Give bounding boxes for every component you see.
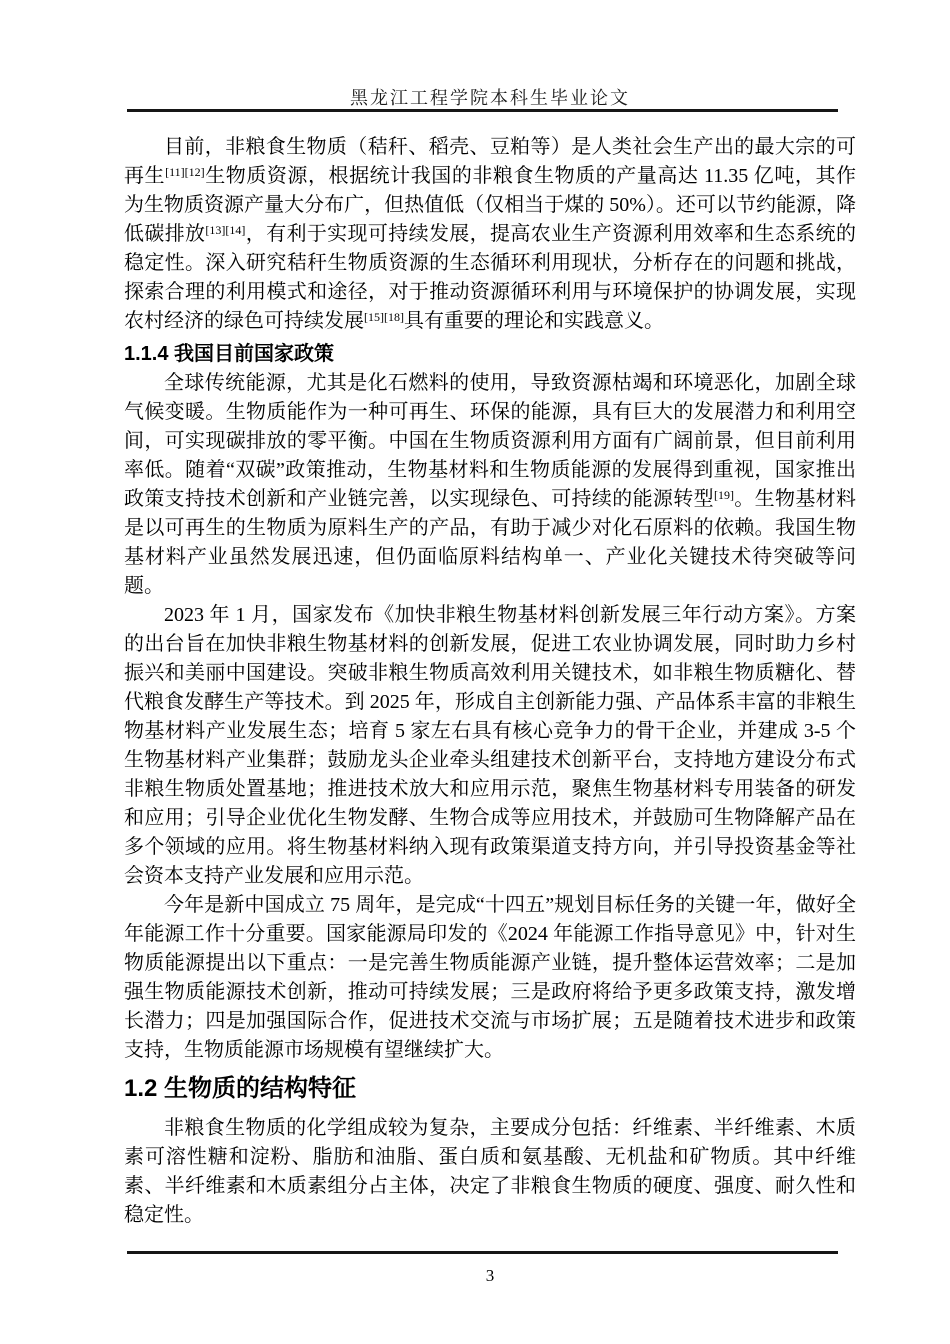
paragraph-2024-energy-guidance: 今年是新中国成立 75 周年，是完成“十四五”规划目标任务的关键一年，做好全年能…: [124, 891, 856, 1065]
header-title: 黑龙江工程学院本科生毕业论文: [124, 84, 856, 110]
heading-1-1-4-national-policy: 1.1.4 我国目前国家政策: [124, 340, 856, 369]
text-run: 今年是新中国成立 75 周年，是完成“十四五”规划目标任务的关键一年，做好全年能…: [124, 894, 856, 1061]
text-run: 具有重要的理论和实践意义。: [404, 310, 664, 332]
document-body: 目前，非粮食生物质（秸秆、稻壳、豆粕等）是人类社会生产出的最大宗的可再生[11]…: [124, 133, 856, 1230]
citation-ref: [15][18]: [364, 310, 404, 324]
footer-rule: [127, 1251, 838, 1254]
text-run: 非粮食生物质的化学组成较为复杂，主要成分包括：纤维素、半纤维素、木质素可溶性糖和…: [124, 1117, 856, 1226]
header-rule: [127, 109, 838, 112]
document-page: 黑龙江工程学院本科生毕业论文 目前，非粮食生物质（秸秆、稻壳、豆粕等）是人类社会…: [0, 0, 950, 1344]
paragraph-energy-policy: 全球传统能源，尤其是化石燃料的使用，导致资源枯竭和环境恶化，加剧全球气候变暖。生…: [124, 369, 856, 601]
text-run: 2023 年 1 月，国家发布《加快非粮生物基材料创新发展三年行动方案》。方案的…: [124, 604, 856, 887]
citation-ref: [13][14]: [205, 223, 245, 237]
paragraph-biomass-intro: 目前，非粮食生物质（秸秆、稻壳、豆粕等）是人类社会生产出的最大宗的可再生[11]…: [124, 133, 856, 336]
citation-ref: [11][12]: [165, 165, 205, 179]
citation-ref: [19]: [714, 488, 734, 502]
page-number: 3: [124, 1266, 856, 1286]
heading-1-2-structure-features: 1.2 生物质的结构特征: [124, 1073, 856, 1104]
paragraph-2023-action-plan: 2023 年 1 月，国家发布《加快非粮生物基材料创新发展三年行动方案》。方案的…: [124, 601, 856, 891]
paragraph-chemical-composition: 非粮食生物质的化学组成较为复杂，主要成分包括：纤维素、半纤维素、木质素可溶性糖和…: [124, 1114, 856, 1230]
